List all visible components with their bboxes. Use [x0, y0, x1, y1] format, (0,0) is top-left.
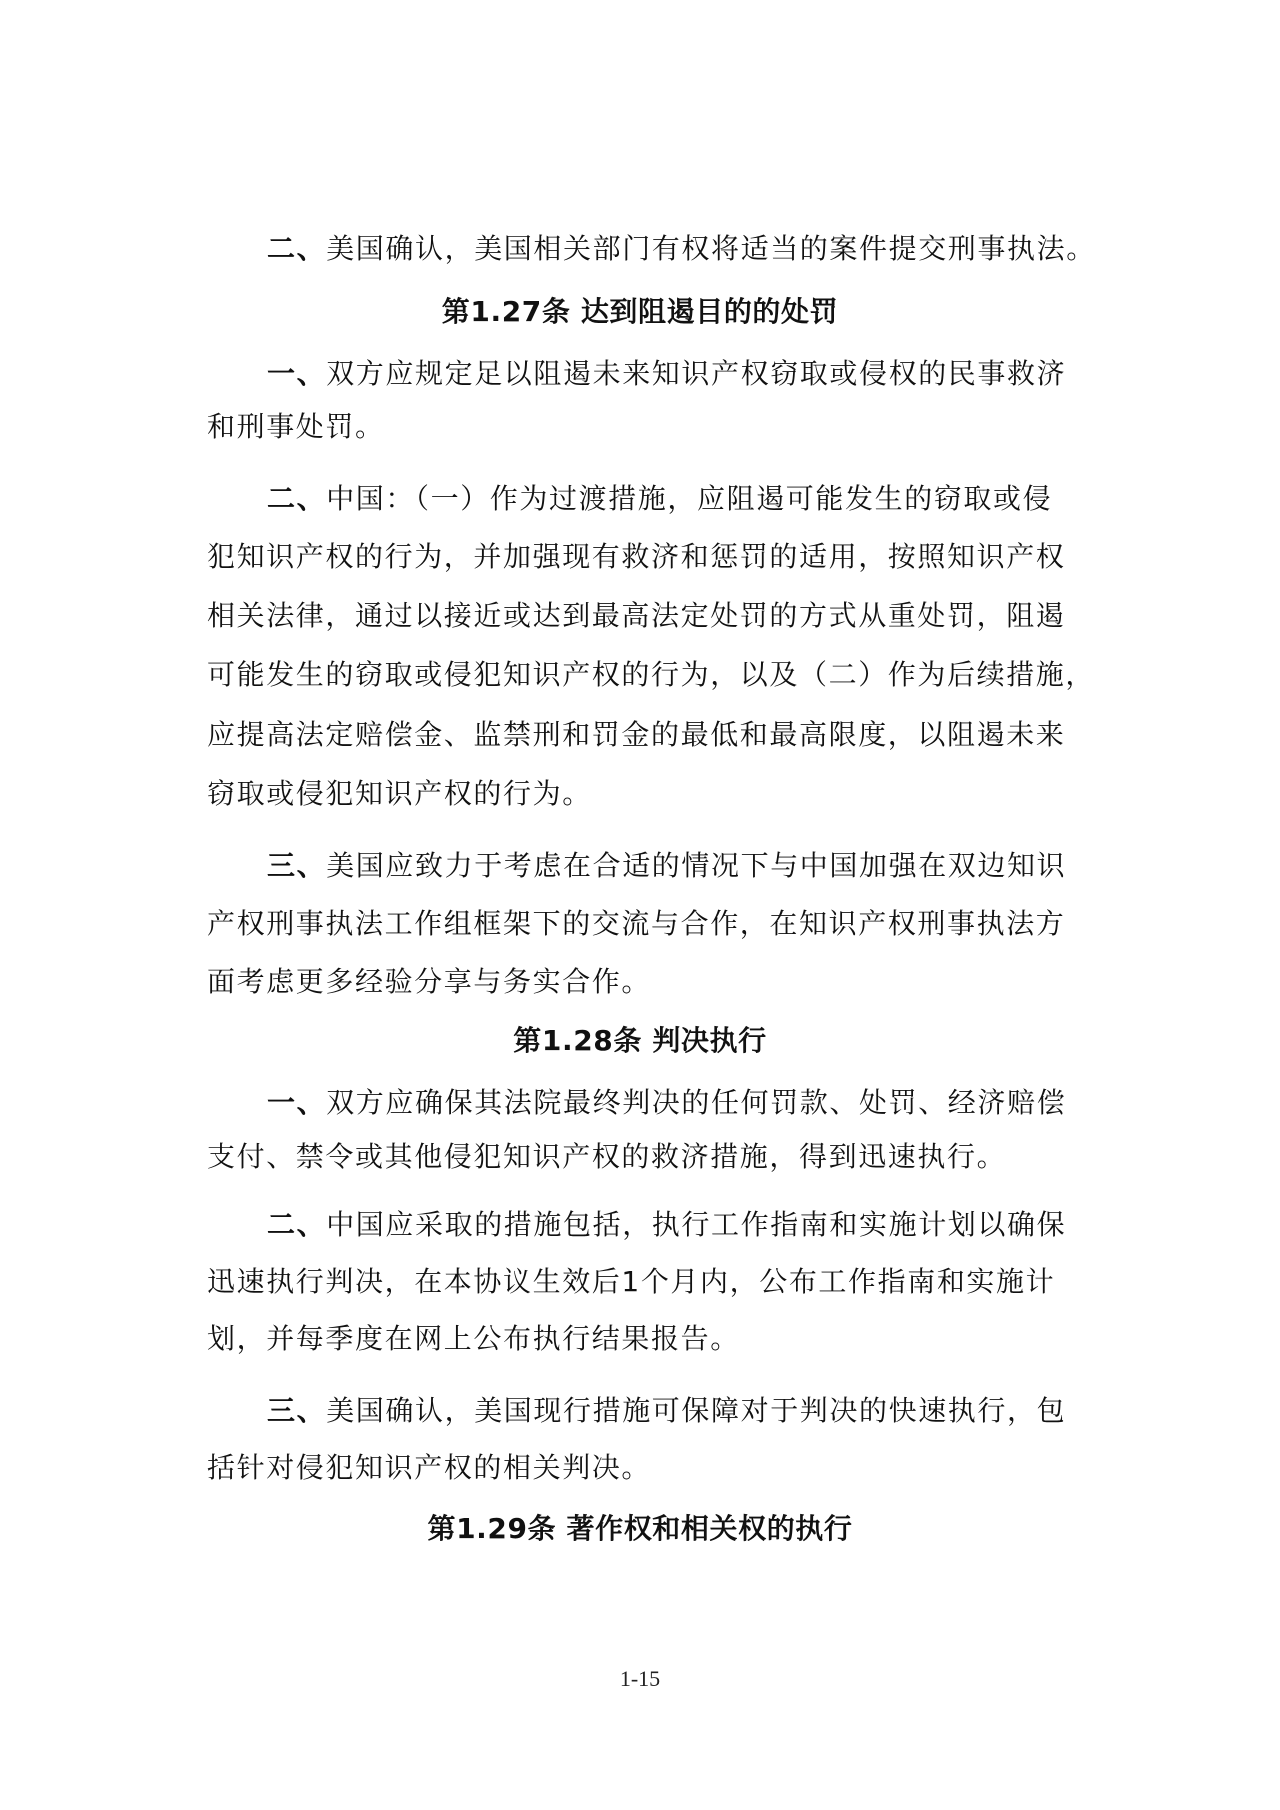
- paragraph-text: 美国确认，美国现行措施可保障对于判决的快速执行，包: [326, 1394, 1066, 1427]
- paragraph-line: 一、双方应规定足以阻遏未来知识产权窃取或侵权的民事救济: [267, 354, 1066, 394]
- paragraph-line: 支付、禁令或其他侵犯知识产权的救济措施，得到迅速执行。: [207, 1137, 1006, 1177]
- paragraph-line: 一、双方应确保其法院最终判决的任何罚款、处罚、经济赔偿: [267, 1083, 1066, 1123]
- paragraph-line: 犯知识产权的行为，并加强现有救济和惩罚的适用，按照知识产权: [207, 537, 1065, 577]
- paragraph-text: 双方应确保其法院最终判决的任何罚款、处罚、经济赔偿: [326, 1086, 1066, 1119]
- paragraph-text: 中国应采取的措施包括，执行工作指南和实施计划以确保: [326, 1208, 1066, 1241]
- paragraph-line: 二、中国应采取的措施包括，执行工作指南和实施计划以确保: [267, 1205, 1066, 1245]
- paragraph-line: 和刑事处罚。: [207, 407, 385, 447]
- paragraph-line: 迅速执行判决，在本协议生效后1个月内，公布工作指南和实施计: [207, 1262, 1055, 1302]
- paragraph-line: 二、美国确认，美国相关部门有权将适当的案件提交刑事执法。: [267, 229, 1096, 269]
- paragraph-line: 二、中国：（一）作为过渡措施，应阻遏可能发生的窃取或侵: [267, 479, 1052, 519]
- paragraph-number: 三、: [267, 849, 326, 882]
- paragraph-line: 划，并每季度在网上公布执行结果报告。: [207, 1319, 740, 1359]
- paragraph-number: 二、: [267, 1208, 326, 1241]
- paragraph-number: 三、: [267, 1394, 326, 1427]
- paragraph-line: 可能发生的窃取或侵犯知识产权的行为，以及（二）作为后续措施，: [207, 655, 1095, 695]
- paragraph-line: 三、美国应致力于考虑在合适的情况下与中国加强在双边知识: [267, 846, 1066, 886]
- paragraph-text: 中国：（一）作为过渡措施，应阻遏可能发生的窃取或侵: [326, 482, 1052, 515]
- paragraph-line: 面考虑更多经验分享与务实合作。: [207, 962, 651, 1002]
- paragraph-number: 二、: [267, 482, 326, 515]
- paragraph-text: 美国确认，美国相关部门有权将适当的案件提交刑事执法。: [326, 232, 1096, 265]
- paragraph-text: 美国应致力于考虑在合适的情况下与中国加强在双边知识: [326, 849, 1066, 882]
- paragraph-line: 应提高法定赔偿金、监禁刑和罚金的最低和最高限度，以阻遏未来: [207, 715, 1065, 755]
- page-number: 1-15: [0, 1664, 1280, 1694]
- article-heading-1-27: 第1.27条 达到阻遏目的的处罚: [207, 292, 1073, 332]
- paragraph-line: 三、美国确认，美国现行措施可保障对于判决的快速执行，包: [267, 1391, 1066, 1431]
- article-heading-1-28: 第1.28条 判决执行: [207, 1021, 1073, 1061]
- paragraph-line: 产权刑事执法工作组框架下的交流与合作，在知识产权刑事执法方: [207, 904, 1065, 944]
- paragraph-line: 窃取或侵犯知识产权的行为。: [207, 774, 592, 814]
- document-page: 二、美国确认，美国相关部门有权将适当的案件提交刑事执法。 第1.27条 达到阻遏…: [0, 0, 1280, 1810]
- paragraph-number: 二、: [267, 232, 326, 265]
- paragraph-number: 一、: [267, 357, 326, 390]
- article-heading-1-29: 第1.29条 著作权和相关权的执行: [207, 1509, 1073, 1549]
- paragraph-number: 一、: [267, 1086, 326, 1119]
- paragraph-text: 双方应规定足以阻遏未来知识产权窃取或侵权的民事救济: [326, 357, 1066, 390]
- paragraph-line: 括针对侵犯知识产权的相关判决。: [207, 1448, 651, 1488]
- paragraph-line: 相关法律，通过以接近或达到最高法定处罚的方式从重处罚，阻遏: [207, 596, 1065, 636]
